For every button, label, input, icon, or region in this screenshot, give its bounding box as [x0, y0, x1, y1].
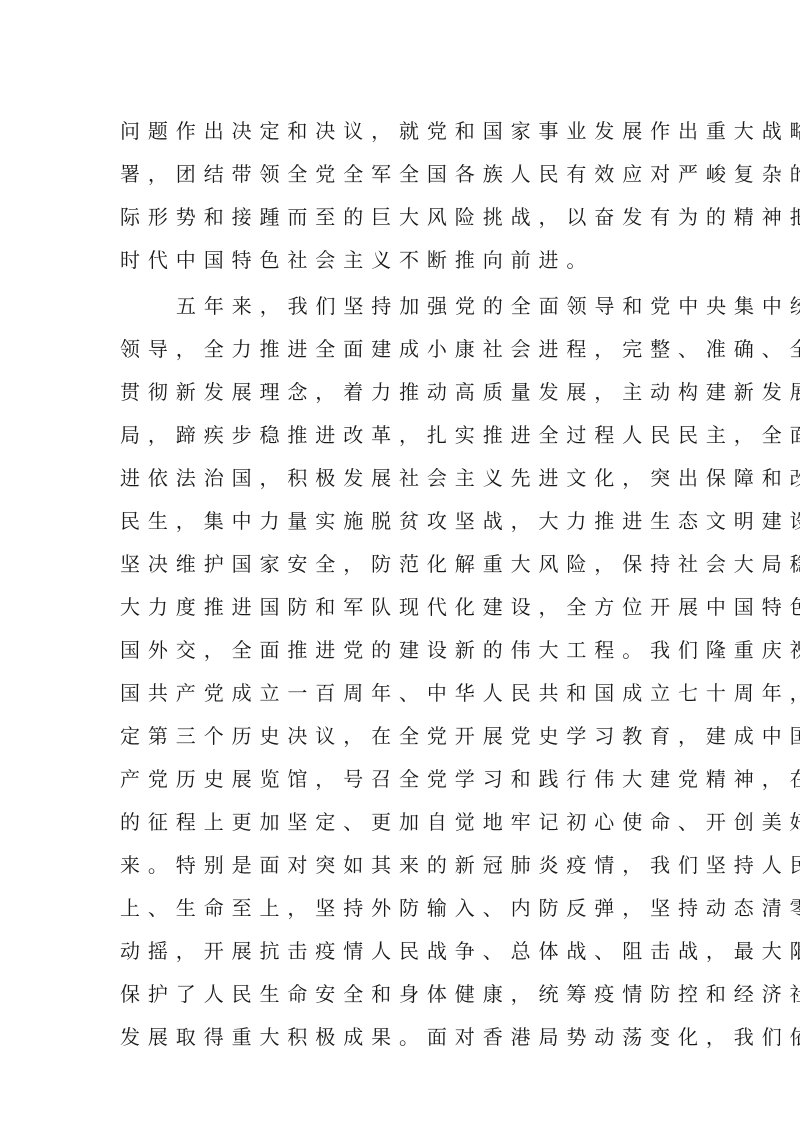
text-line: 产党历史展览馆，号召全党学习和践行伟大建党精神，在新 — [120, 758, 680, 801]
paragraph-2: 五年来，我们坚持加强党的全面领导和党中央集中统一 领导，全力推进全面建成小康社会… — [120, 285, 680, 1059]
text-line: 发展取得重大积极成果。面对香港局势动荡变化，我们依照 — [120, 1016, 680, 1059]
text-line: 局，蹄疾步稳推进改革，扎实推进全过程人民民主，全面推 — [120, 414, 680, 457]
text-line: 国外交，全面推进党的建设新的伟大工程。我们隆重庆祝中 — [120, 629, 680, 672]
document-page: 问题作出决定和决议，就党和国家事业发展作出重大战略部 署，团结带领全党全军全国各… — [120, 110, 680, 1059]
text-line: 来。特别是面对突如其来的新冠肺炎疫情，我们坚持人民至 — [120, 844, 680, 887]
text-line: 大力度推进国防和军队现代化建设，全方位开展中国特色大 — [120, 586, 680, 629]
text-line: 上、生命至上，坚持外防输入、内防反弹，坚持动态清零不 — [120, 887, 680, 930]
text-line: 坚决维护国家安全，防范化解重大风险，保持社会大局稳定， — [120, 543, 680, 586]
text-line: 保护了人民生命安全和身体健康，统筹疫情防控和经济社会 — [120, 973, 680, 1016]
text-line: 时代中国特色社会主义不断推向前进。 — [120, 239, 680, 282]
text-line: 际形势和接踵而至的巨大风险挑战，以奋发有为的精神把新 — [120, 196, 680, 239]
text-line: 署，团结带领全党全军全国各族人民有效应对严峻复杂的国 — [120, 153, 680, 196]
text-line: 民生，集中力量实施脱贫攻坚战，大力推进生态文明建设， — [120, 500, 680, 543]
text-line: 定第三个历史决议，在全党开展党史学习教育，建成中国共 — [120, 715, 680, 758]
text-line: 五年来，我们坚持加强党的全面领导和党中央集中统一 — [120, 285, 680, 328]
text-line: 问题作出决定和决议，就党和国家事业发展作出重大战略部 — [120, 110, 680, 153]
text-line: 的征程上更加坚定、更加自觉地牢记初心使命、开创美好未 — [120, 801, 680, 844]
text-line: 贯彻新发展理念，着力推动高质量发展，主动构建新发展格 — [120, 371, 680, 414]
text-line: 进依法治国，积极发展社会主义先进文化，突出保障和改善 — [120, 457, 680, 500]
paragraph-1: 问题作出决定和决议，就党和国家事业发展作出重大战略部 署，团结带领全党全军全国各… — [120, 110, 680, 282]
text-line: 动摇，开展抗击疫情人民战争、总体战、阻击战，最大限度 — [120, 930, 680, 973]
text-line: 领导，全力推进全面建成小康社会进程，完整、准确、全面 — [120, 328, 680, 371]
text-line: 国共产党成立一百周年、中华人民共和国成立七十周年，制 — [120, 672, 680, 715]
